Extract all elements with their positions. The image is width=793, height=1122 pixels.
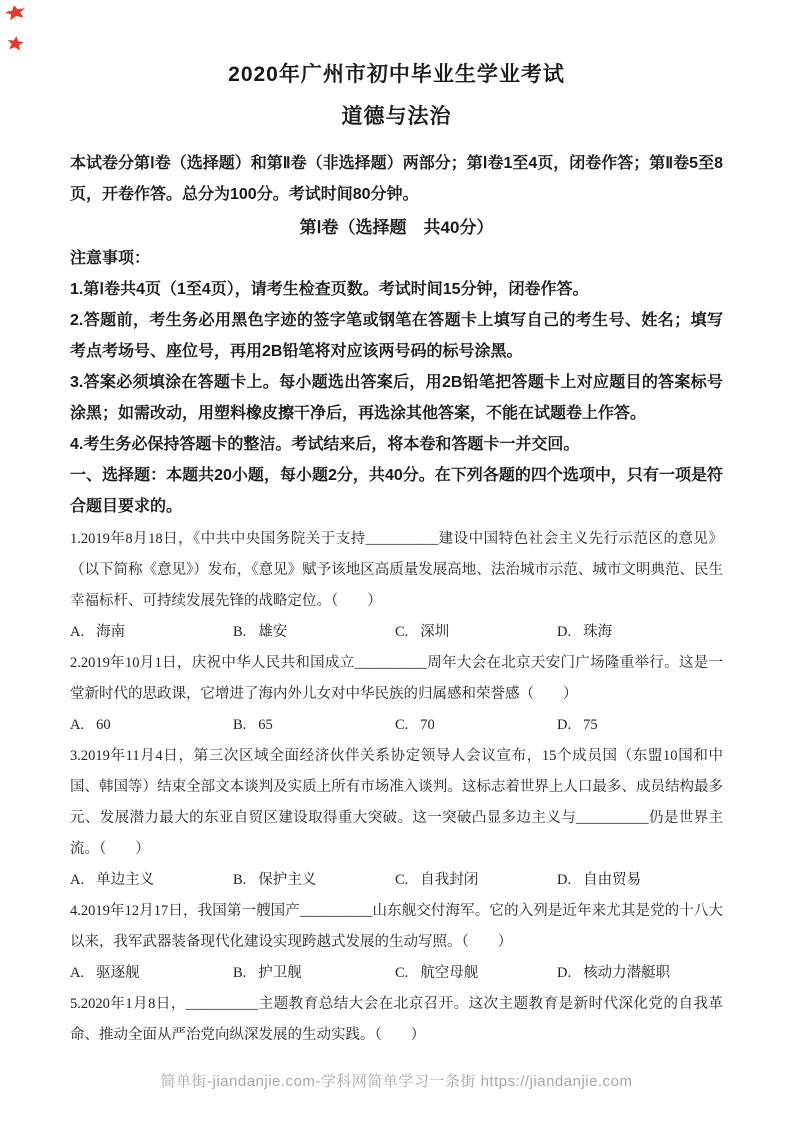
option-label: C. [395, 617, 408, 648]
notice-title: 注意事项： [70, 243, 723, 274]
question-stem: 5.2020年1月8日，__________主题教育总结大会在北京召开。这次主题… [70, 989, 723, 1051]
option-text: 60 [96, 717, 111, 733]
page-title: 2020年广州市初中毕业生学业考试 [70, 62, 723, 88]
question-stem: 3.2019年11月4日，第三次区域全面经济伙伴关系协定领导人会议宣布，15个成… [70, 741, 723, 865]
question-stem: 1.2019年8月18日，《中共中央国务院关于支持__________建设中国特… [70, 524, 723, 617]
option-label: B. [233, 865, 246, 896]
option-item: D.75 [557, 710, 723, 741]
options-row: A.60B.65C.70D.75 [70, 710, 723, 741]
option-label: C. [395, 710, 408, 741]
corner-red-marks [7, 5, 37, 57]
option-item: C.深圳 [395, 617, 557, 648]
option-text: 雄安 [258, 624, 287, 640]
notice-item: 3.答案必须填涂在答题卡上。每小题选出答案后，用2B铅笔把答题卡上对应题目的答案… [70, 367, 723, 429]
option-item: D.自由贸易 [557, 865, 723, 896]
option-label: A. [70, 617, 84, 648]
section-one-intro: 一、选择题：本题共20小题，每小题2分，共40分。在下列各题的四个选项中，只有一… [70, 460, 723, 522]
option-label: A. [70, 710, 84, 741]
option-item: A.驱逐舰 [70, 958, 233, 989]
option-text: 自我封闭 [420, 872, 478, 888]
option-item: C.70 [395, 710, 557, 741]
notice-item: 1.第Ⅰ卷共4页（1至4页），请考生检查页数。考试时间15分钟，闭卷作答。 [70, 274, 723, 305]
options-row: A.单边主义B.保护主义C.自我封闭D.自由贸易 [70, 865, 723, 896]
option-text: 75 [583, 717, 598, 733]
question-stem: 2.2019年10月1日，庆祝中华人民共和国成立__________周年大会在北… [70, 648, 723, 710]
option-label: B. [233, 710, 246, 741]
option-text: 珠海 [583, 624, 612, 640]
notice-item: 2.答题前，考生务必用黑色字迹的签字笔或钢笔在答题卡上填写自己的考生号、姓名；填… [70, 305, 723, 367]
option-text: 海南 [96, 624, 125, 640]
option-item: B.65 [233, 710, 395, 741]
option-text: 驱逐舰 [96, 965, 140, 981]
options-row: A.海南B.雄安C.深圳D.珠海 [70, 617, 723, 648]
option-label: A. [70, 865, 84, 896]
option-item: B.护卫舰 [233, 958, 395, 989]
option-item: D.珠海 [557, 617, 723, 648]
option-item: B.保护主义 [233, 865, 395, 896]
exam-paper-page: 2020年广州市初中毕业生学业考试 道德与法治 本试卷分第Ⅰ卷（选择题）和第Ⅱ卷… [0, 0, 793, 1122]
option-text: 自由贸易 [583, 872, 641, 888]
question-block: 1.2019年8月18日，《中共中央国务院关于支持__________建设中国特… [70, 524, 723, 648]
option-text: 70 [420, 717, 435, 733]
subject-title: 道德与法治 [70, 104, 723, 130]
question-block: 3.2019年11月4日，第三次区域全面经济伙伴关系协定领导人会议宣布，15个成… [70, 741, 723, 896]
notice-item: 4.考生务必保持答题卡的整洁。考试结来后，将本卷和答题卡一并交回。 [70, 429, 723, 460]
option-text: 65 [258, 717, 273, 733]
option-label: C. [395, 865, 408, 896]
red-star-icon [6, 35, 25, 52]
option-label: A. [70, 958, 84, 989]
option-item: B.雄安 [233, 617, 395, 648]
option-label: C. [395, 958, 408, 989]
exam-intro-paragraph: 本试卷分第Ⅰ卷（选择题）和第Ⅱ卷（非选择题）两部分；第Ⅰ卷1至4页，闭卷作答；第… [70, 148, 723, 210]
option-text: 保护主义 [258, 872, 316, 888]
option-text: 航空母舰 [420, 965, 478, 981]
footer-watermark: 简单街-jiandanjie.com-学科网简单学习一条街 https://ji… [0, 1070, 793, 1091]
option-text: 单边主义 [96, 872, 154, 888]
option-label: D. [557, 958, 571, 989]
option-label: D. [557, 617, 571, 648]
option-label: D. [557, 865, 571, 896]
option-text: 深圳 [420, 624, 449, 640]
question-stem: 4.2019年12月17日，我国第一艘国产__________山东舰交付海军。它… [70, 896, 723, 958]
option-item: D.核动力潜艇职 [557, 958, 723, 989]
option-item: A.60 [70, 710, 233, 741]
option-text: 护卫舰 [258, 965, 302, 981]
red-star-icon [4, 3, 28, 22]
option-text: 核动力潜艇职 [583, 965, 670, 981]
question-block: 2.2019年10月1日，庆祝中华人民共和国成立__________周年大会在北… [70, 648, 723, 741]
option-item: C.自我封闭 [395, 865, 557, 896]
section-heading-volume1: 第Ⅰ卷（选择题 共40分） [70, 212, 723, 243]
question-block: 5.2020年1月8日，__________主题教育总结大会在北京召开。这次主题… [70, 989, 723, 1051]
option-item: C.航空母舰 [395, 958, 557, 989]
option-item: A.海南 [70, 617, 233, 648]
option-item: A.单边主义 [70, 865, 233, 896]
option-label: D. [557, 710, 571, 741]
option-label: B. [233, 617, 246, 648]
option-label: B. [233, 958, 246, 989]
options-row: A.驱逐舰B.护卫舰C.航空母舰D.核动力潜艇职 [70, 958, 723, 989]
question-block: 4.2019年12月17日，我国第一艘国产__________山东舰交付海军。它… [70, 896, 723, 989]
questions: 1.2019年8月18日，《中共中央国务院关于支持__________建设中国特… [70, 524, 723, 1051]
